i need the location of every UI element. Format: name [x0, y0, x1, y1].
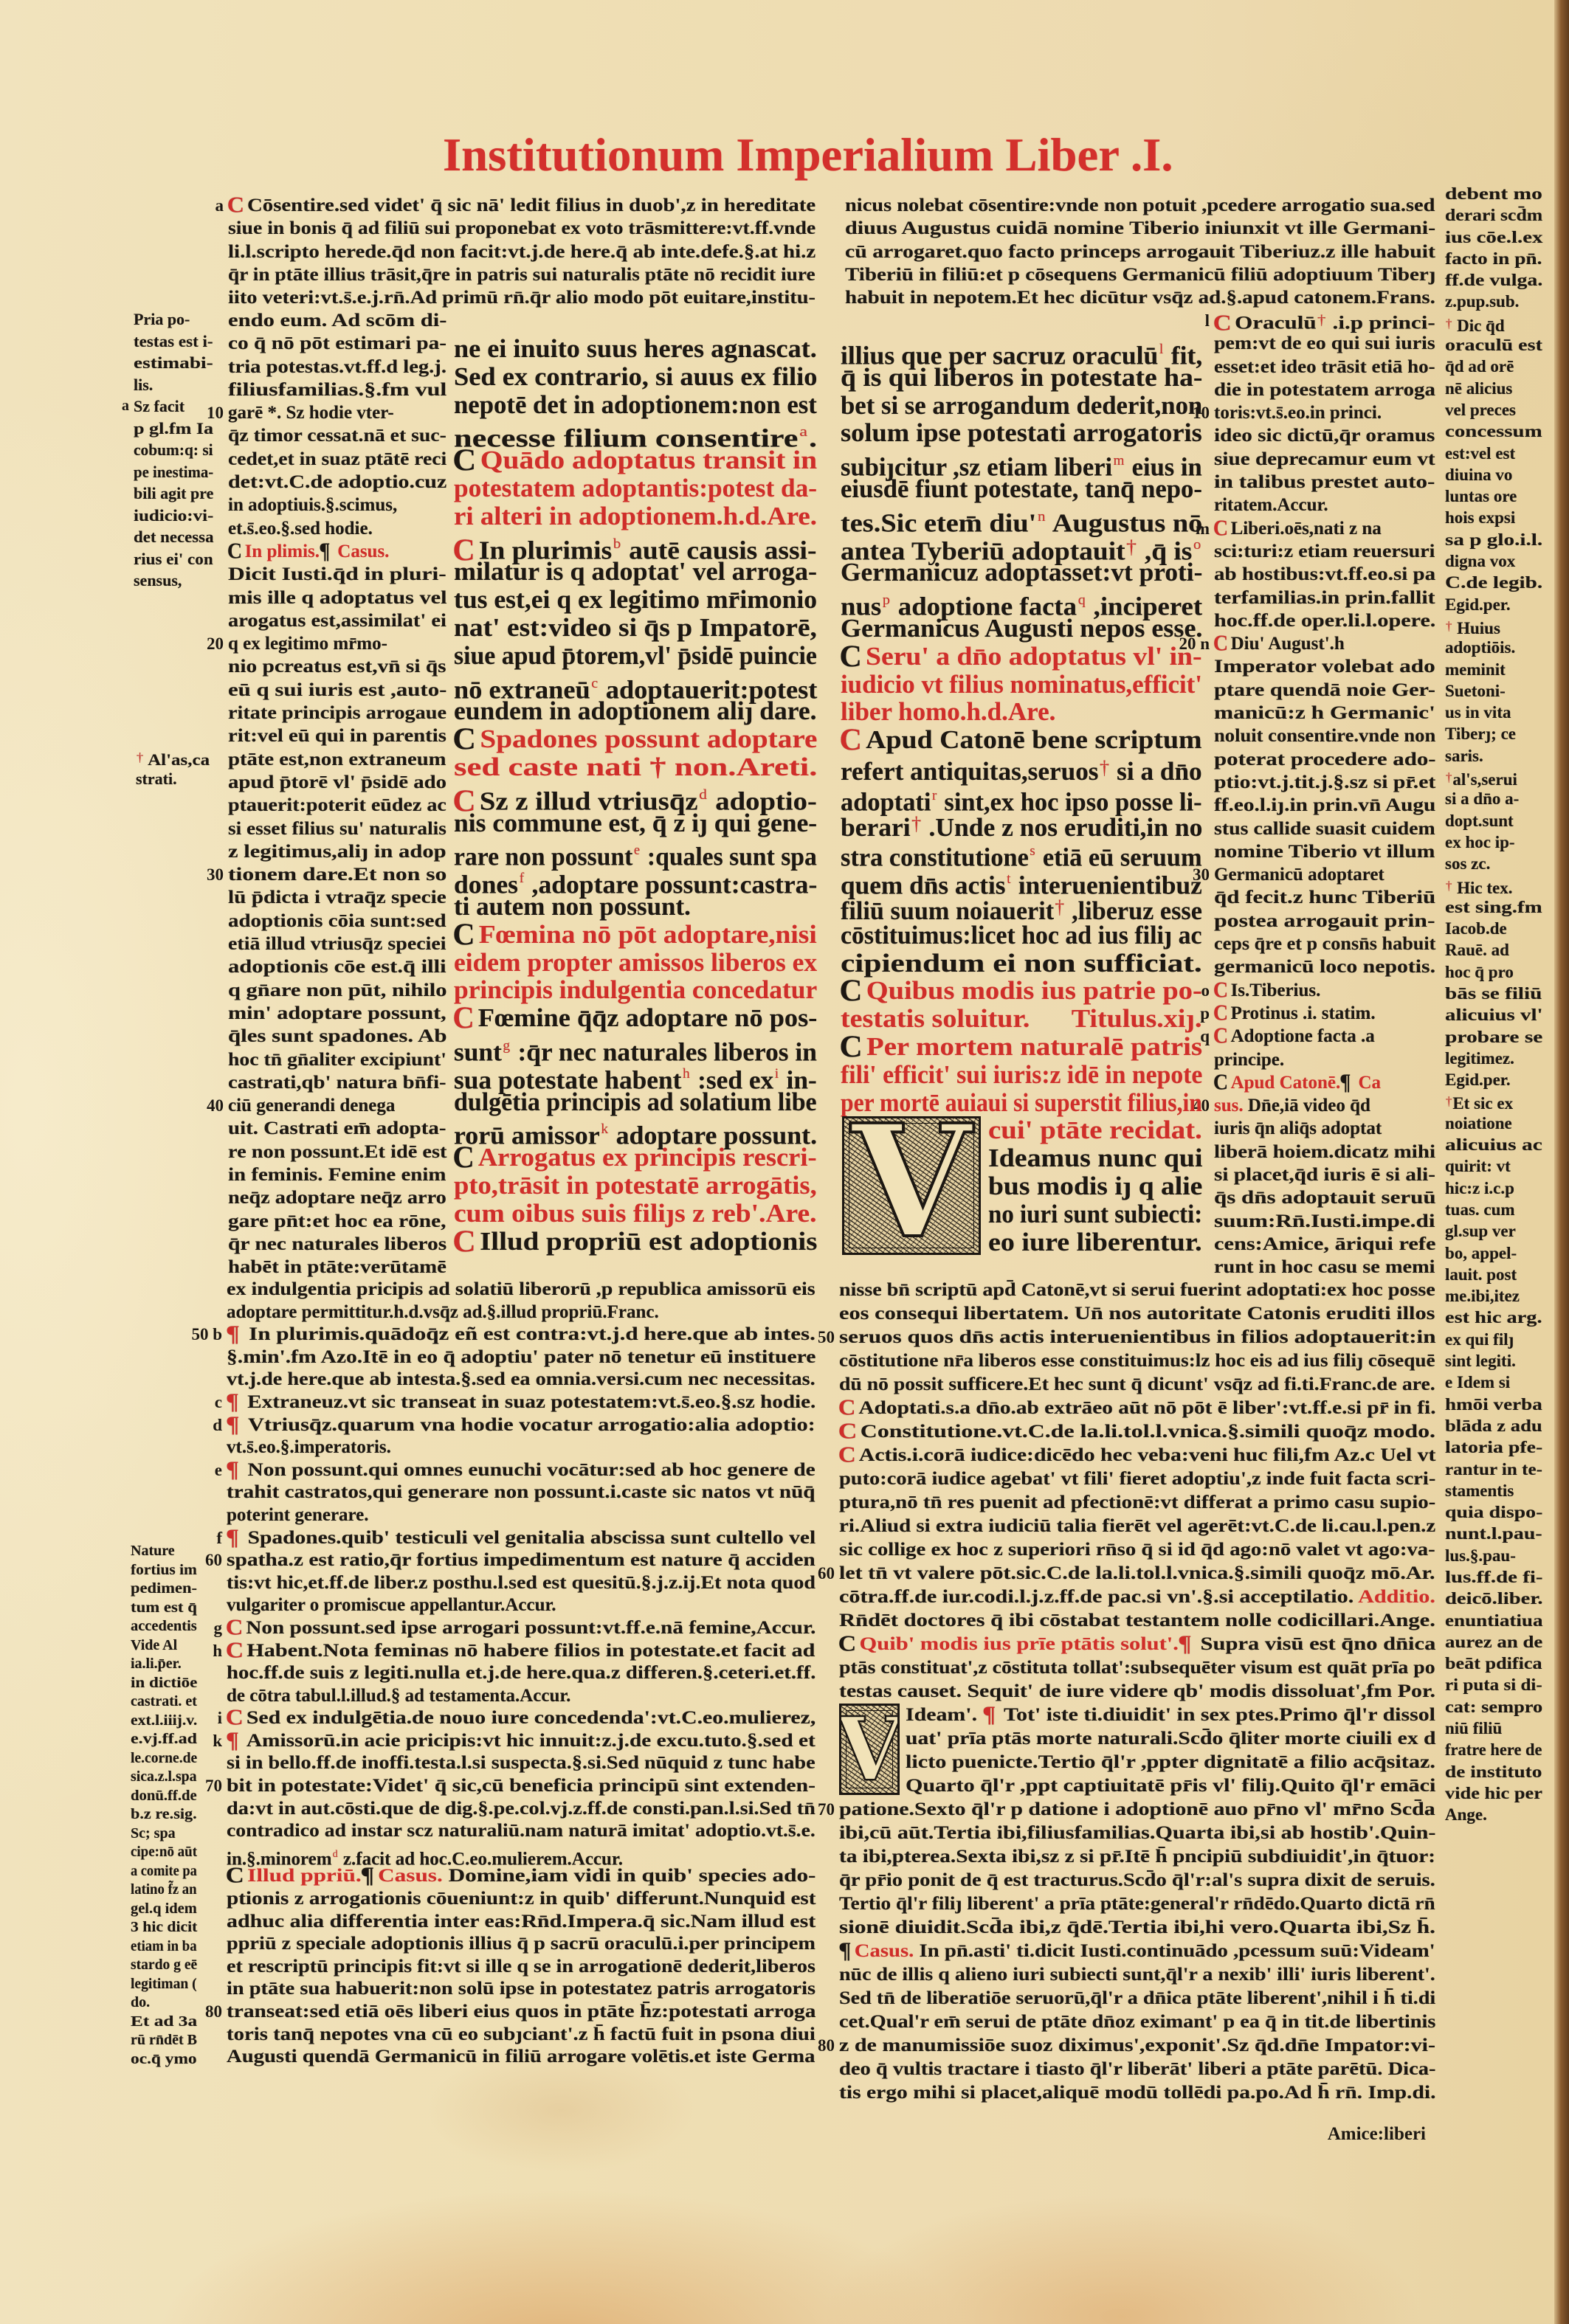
text-line: rorū amissork adoptare possunt. — [454, 1116, 817, 1144]
line-text: CQuib' modis ius prīe ptātis solut'.¶ Su… — [839, 1633, 1435, 1656]
text-run: Suetoni- — [1445, 682, 1506, 700]
line-text: CLiberi.oēs,nati z na — [1214, 517, 1382, 540]
rubric-text: sed caste nati † non.Areti. — [454, 753, 817, 781]
text-run: Non possunt.sed ipse arrogari possunt:vt… — [246, 1618, 815, 1638]
text-line: cet.Qual'r em̄ serui de ptāte dn̄oz exim… — [839, 2010, 1435, 2034]
text-line: neq̄z adoptare neq̄z arro — [228, 1186, 446, 1209]
line-text: ciū generandi denega — [228, 1094, 395, 1117]
rubric-text: potestatem adoptantis:potest da- — [454, 474, 817, 502]
line-text: z de manumissiōe suoz diximus',exponit'.… — [839, 2034, 1435, 2058]
text-line: Egid.per. — [1445, 1069, 1542, 1090]
line-text: CIs.Tiberius. — [1214, 979, 1320, 1002]
line-text: testas est i- — [134, 331, 213, 353]
text-run: noluit consentire.vnde non — [1214, 726, 1435, 746]
text-line: lauit. post — [1445, 1264, 1542, 1285]
line-text: alicuius ac — [1445, 1134, 1542, 1155]
line-text: accedentis — [131, 1617, 197, 1636]
text-line: rit:vel eū qui in parentis — [228, 724, 446, 747]
text-run: z.pup.sub. — [1445, 292, 1519, 311]
pilcrow-icon: ¶ — [319, 538, 330, 566]
text-run: §.min'.fm Azo.Itē in eo q̄ adoptiu' pate… — [227, 1347, 815, 1367]
text-run: Et ad 3a — [131, 2013, 197, 2030]
line-text: eos consequi libertatem. Un̄ nos autorit… — [839, 1302, 1435, 1326]
text-line: lus.ff.de fi- — [1445, 1566, 1542, 1588]
text-line: eundem in adoptionem aliȷ dare. — [454, 697, 817, 725]
text-line: CSpadones possunt adoptare — [454, 725, 817, 753]
text-line: fortius im — [131, 1561, 197, 1580]
line-text: principis indulgentia concedatur — [454, 976, 817, 1004]
text-line: licto puenicte.Tertio q̄l'r ,ppter digni… — [906, 1751, 1435, 1774]
text-line: Germanicuz adoptasset:vt proti- — [841, 558, 1202, 587]
text-line: tis:vt hic,et.ff.de liber.z posthu.l.sed… — [227, 1572, 815, 1595]
text-run: Actis.i.corā iudice:dicēdo hec veba:veni… — [859, 1445, 1436, 1465]
text-line: sic collige ex hoc z superiori rn̄so q̄ … — [839, 1538, 1435, 1562]
text-run: nat' est:video si q̄s p Impatorē, — [454, 613, 817, 642]
line-text: q gn̄are non pūt, nihilo — [228, 979, 446, 1002]
text-line: debent mo — [1445, 183, 1542, 204]
text-run: rius ei' con — [134, 550, 213, 568]
text-line: esset:et ideo trāsit etiā ho- — [1214, 356, 1435, 378]
text-line: berari† .Unde z nos eruditi,in no — [841, 810, 1202, 838]
text-line: cui' ptāte recidat. — [988, 1116, 1202, 1144]
text-run: Protinus .i. statim. — [1231, 1003, 1376, 1023]
text-line: Imperator volebat ado — [1214, 655, 1435, 678]
text-run: oc.q̄ ymo — [131, 2051, 197, 2067]
text-run: contradico ad instar scz naturaliū.nam n… — [227, 1821, 815, 1841]
text-run: manicū:z h Germanic' — [1214, 703, 1435, 723]
text-run: latoria pfe- — [1445, 1438, 1542, 1456]
text-run: tuas. cum — [1445, 1200, 1515, 1219]
text-line: dopt.sunt — [1445, 810, 1542, 831]
text-run: ibi,cū aūt.Tertia ibi,filiusfamilias.Qua… — [839, 1823, 1435, 1843]
text-line: e¶ Non possunt.qui omnes eunuchi vocātur… — [227, 1459, 815, 1482]
text-run: Is.Tiberius. — [1231, 981, 1321, 1000]
text-run: si esset filius su' naturalis — [228, 819, 446, 839]
line-text: toris tanq̄ nepotes vna cū eo subȷciant'… — [227, 2024, 815, 2047]
line-text: postea arrogauit prin- — [1214, 910, 1435, 933]
text-run: solum ipse potestati arrogatoris — [841, 418, 1202, 447]
capitulum-mark-icon: C — [839, 1030, 862, 1064]
text-line: hois expsi — [1445, 507, 1542, 528]
line-text: iudicio vt filius nominatus,efficit' — [841, 671, 1202, 699]
text-run: ab hostibus:vt.ff.eo.si pa — [1214, 564, 1435, 584]
marginal-note-left: † Al'as,castrati. — [136, 747, 210, 789]
line-text: cum oibus suis filiȷs z reb'.Are. — [454, 1200, 817, 1228]
text-line: ideo sic dictū,q̄r oramus — [1214, 424, 1435, 447]
text-line: alicuius vl' — [1445, 1004, 1542, 1026]
line-text: CSpadones possunt adoptare — [454, 725, 817, 753]
text-run: Sc; spa — [131, 1825, 176, 1841]
text-line: poterat procedere ado- — [1214, 748, 1435, 771]
line-text: probare se — [1445, 1026, 1542, 1048]
text-line: aSz facit — [134, 395, 213, 418]
rubric-text: liber homo.h.d.Are. — [841, 697, 1055, 726]
line-text: Egid.per. — [1445, 594, 1511, 615]
text-line: tum est q̄ — [131, 1599, 197, 1618]
text-run: etiā illud vtriusq̄z speciei — [228, 934, 446, 954]
line-text: tis ergo mihi si placet,aliquē modū toll… — [839, 2081, 1436, 2105]
text-line: Ideam'. ¶ Tot' iste ti.diuidit' in sex p… — [906, 1704, 1435, 1727]
line-text: runt in hoc casu se memi — [1214, 1256, 1435, 1279]
text-line: Dicit Iusti.q̄d in pluri- — [228, 563, 446, 586]
line-text: aurez an de — [1445, 1631, 1542, 1653]
line-text: derari scd̄m — [1445, 204, 1542, 226]
text-line: in adoptiuis.§.scimus, — [228, 494, 446, 516]
text-line: hmōi verba — [1445, 1394, 1542, 1415]
text-line: CQuādo adoptatus transit in — [454, 446, 817, 474]
text-run: In plurimis.quādoq̄z eñ est contra:vt.j.… — [243, 1324, 815, 1344]
text-line: adhuc alia differentia inter eas:Rn̄d.Im… — [227, 1911, 815, 1934]
line-text: nē alicius — [1445, 378, 1512, 399]
text-line: le.corne.de — [131, 1749, 197, 1768]
text-line: cedet,et in suaz ptātē reci — [228, 448, 446, 471]
text-run: bili agit pre — [134, 484, 213, 502]
text-line: cōstitutione nr̄a liberos esse constitui… — [839, 1349, 1435, 1373]
text-line: f¶ Spadones.quib' testiculi vel genitali… — [227, 1527, 815, 1550]
text-line: stra constitutiones etiā eū seruum — [841, 837, 1202, 865]
line-label: d — [213, 1414, 222, 1437]
text-line: milatur is q adoptat' vel arroga- — [454, 558, 817, 586]
line-label: a — [215, 194, 224, 217]
text-run: Germanicū adoptaret — [1214, 865, 1384, 885]
text-run: transeat:sed etiā oēs liberi eius quos i… — [227, 2002, 815, 2022]
line-text: cipe:nō aūt — [131, 1843, 197, 1862]
text-run: castrati. et — [131, 1693, 197, 1709]
rubric-text: pto,trāsit in potestatē arrogātis, — [454, 1171, 817, 1200]
text-line: per mortē auiaui si superstit filius,in — [841, 1089, 1202, 1117]
text-run: lauit. post — [1445, 1265, 1517, 1284]
line-text: †Et sic ex — [1445, 1090, 1513, 1114]
line-text: Germanicuz adoptasset:vt proti- — [841, 558, 1202, 587]
text-run: est:vel est — [1445, 444, 1515, 463]
page-edge-shadow — [1554, 0, 1569, 2324]
text-line: filiusfamilias.§.fm vul — [228, 378, 446, 401]
pilcrow-icon: ¶ — [226, 1728, 239, 1755]
text-run: de instituto — [1445, 1763, 1542, 1781]
text-line: nē alicius — [1445, 378, 1542, 399]
text-run: Hic tex. — [1452, 879, 1512, 897]
text-line: est sing.fm — [1445, 896, 1542, 918]
rubric-text: Quādo adoptatus transit in — [480, 446, 817, 474]
text-run: adoptionis cōe est.q̄ illi — [228, 957, 446, 977]
line-text: ptionis z arrogationis cōueniunt:z in qu… — [227, 1888, 815, 1911]
text-line: apud p̄torē vl' p̄sidē ado — [228, 771, 446, 794]
text-run: Habent.Nota feminas nō habere filios in … — [246, 1641, 815, 1661]
line-text: concessum — [1445, 421, 1542, 442]
text-line: no iuri sunt subiecti: — [988, 1200, 1202, 1228]
line-text: no iuri sunt subiecti: — [988, 1200, 1202, 1228]
text-run: ff.eo.l.iȷ.in prin.vn̄ Augu — [1214, 795, 1435, 815]
text-run: Constitutione.vt.C.de la.li.tol.l.vnica.… — [861, 1422, 1435, 1442]
line-label: h — [213, 1640, 222, 1663]
text-line: CApud Catonē.¶ Ca — [1214, 1071, 1435, 1094]
line-text: in adoptiuis.§.scimus, — [228, 494, 397, 516]
text-line: fili' efficit' sui iuris:z idē in nepote — [841, 1061, 1202, 1089]
text-run: Fœmine q̄q̄z adoptare nō pos- — [478, 1003, 818, 1032]
text-line: testas est i- — [134, 331, 213, 353]
text-run: Dic q̄d — [1452, 317, 1504, 335]
text-line: niū filiū — [1445, 1718, 1542, 1739]
line-text: refert antiquitas,seruos† si a dn̄o — [841, 754, 1202, 786]
text-run: testas est i- — [134, 332, 213, 350]
text-run: q̄s dn̄s adoptauit seruū — [1214, 1188, 1436, 1208]
line-text: rius ei' con — [134, 548, 213, 570]
text-run: Egid.per. — [1445, 595, 1511, 614]
text-run: ff.de vulga. — [1445, 271, 1542, 289]
text-run: hoc q̄ pro — [1445, 963, 1514, 981]
text-line: ex qui filȷ — [1445, 1329, 1542, 1350]
line-label: 80 — [818, 2034, 835, 2058]
text-run: Pria po- — [134, 310, 190, 328]
line-text: ptare quendā noie Ger- — [1214, 679, 1435, 702]
note-reference-letter: o — [1193, 537, 1201, 553]
line-text: ri.Aliud si extra iudiciū talia fierēt v… — [839, 1515, 1435, 1538]
line-text: puto:corā iudice agebat' vt fili' fieret… — [839, 1467, 1435, 1491]
line-text: det necessa — [134, 526, 214, 548]
line-text: do. — [131, 1993, 150, 2013]
text-line: 10toris:vt.s̄.eo.in princi. — [1214, 401, 1435, 424]
dagger-icon: † — [1446, 619, 1452, 633]
line-text: cipiendum ei non sufficiat. — [841, 950, 1202, 978]
text-line: sed caste nati † non.Areti. — [454, 753, 817, 781]
line-text: ritatem.Accur. — [1214, 494, 1328, 516]
text-line: sa p glo.i.l. — [1445, 529, 1542, 550]
text-run: niū filiū — [1445, 1719, 1502, 1737]
text-line: nunt.l.pau- — [1445, 1523, 1542, 1544]
line-text: hoc q̄ pro — [1445, 961, 1514, 983]
line-text: ptāte est,non extraneum — [228, 748, 446, 771]
text-run: ppriū z speciale adoptionis illius q̄ p … — [227, 1934, 815, 1954]
text-line: co q̄ nō pōt estimari pa- — [228, 332, 446, 355]
line-text: z legitimus,aliȷ in adop — [228, 840, 446, 863]
line-text: ptio:vt.j.tit.j.§.sz si pr̄.et — [1214, 771, 1435, 794]
text-line: li.l.scripto herede.q̄d non facit:vt.j.d… — [228, 241, 815, 263]
line-text: CSed ex indulgētia.de nouo iure conceden… — [227, 1707, 815, 1730]
line-text: gl.sup ver — [1445, 1220, 1516, 1242]
text-line: subiȷcitur ,sz etiam liberim eius in — [841, 447, 1202, 475]
text-line: CSeru' a dn̄o adoptatus vl' in- — [841, 643, 1202, 671]
text-line: 60spatha.z est ratio,q̄r fortius impedim… — [227, 1549, 815, 1572]
line-text: q̄d fecit.z hunc Tiberiū — [1214, 886, 1435, 909]
line-text: ptās constituat',z cōstituta tollat':sub… — [839, 1656, 1435, 1680]
text-run: cipiendum ei non sufficiat. — [841, 949, 1202, 978]
text-line: CQuibus modis ius patrie po- — [841, 977, 1202, 1005]
line-text: berari† .Unde z nos eruditi,in no — [841, 810, 1202, 842]
line-text: facto in pn̄. — [1445, 248, 1542, 269]
line-text: debent mo — [1445, 183, 1542, 204]
line-text: blāda z adu — [1445, 1415, 1542, 1436]
text-run: Sz facit — [134, 397, 185, 415]
line-text: rit:vel eū qui in parentis — [228, 724, 446, 747]
capitulum-mark-icon: C — [227, 538, 242, 566]
text-run: Huius — [1452, 619, 1500, 637]
text-run: liberā hoiem.dicatz mihi — [1214, 1142, 1435, 1162]
line-text: adoptionis cōia sunt:sed — [228, 910, 446, 933]
text-run: bus modis iȷ q alie — [988, 1172, 1202, 1200]
text-line: solum ipse potestati arrogatoris — [841, 419, 1202, 447]
rubric-text: cui' ptāte recidat. — [988, 1116, 1202, 1144]
line-text: Sc; spa — [131, 1825, 176, 1844]
text-run: si a dn̄o a- — [1445, 789, 1519, 808]
text-run: nio pcreatus est,vn̄ si q̄s — [228, 657, 446, 677]
line-text: rū rn̄dēt B — [131, 2031, 197, 2050]
text-run: beāt pdifica — [1445, 1654, 1542, 1673]
line-label: i — [218, 1707, 222, 1730]
line-text: est hic arg. — [1445, 1307, 1542, 1328]
text-run: digna vox — [1445, 552, 1515, 570]
note-reference-letter: s — [1030, 843, 1035, 859]
text-run: 3 hic dicit — [131, 1919, 197, 1935]
note-reference-letter: p — [883, 592, 890, 608]
line-text: licto puenicte.Tertio q̄l'r ,ppter digni… — [906, 1751, 1435, 1774]
text-line: Sed tn̄ de liberatiōe seruorū,q̄l'r a dn… — [839, 1987, 1435, 2010]
line-text: us in vita — [1445, 702, 1511, 723]
text-line: aCCōsentire.sed videt' q̄ sic nā' ledit … — [228, 194, 815, 217]
rubric-text: Seru' a dn̄o adoptatus vl' in- — [866, 642, 1202, 671]
text-line: alicuius ac — [1445, 1134, 1542, 1155]
text-line: ri puta si di- — [1445, 1674, 1542, 1695]
line-text: ex qui filȷ — [1445, 1329, 1514, 1350]
line-text: ptura,nō tn̄ res puenit ad pfectionē:vt … — [839, 1491, 1435, 1515]
line-text: de instituto — [1445, 1761, 1542, 1782]
line-text: garē *. Sz hodie vter- — [228, 401, 394, 424]
text-line: nepotē det in adoptionem:non est — [454, 391, 817, 419]
text-run: Germanicus Augusti nepos esse. — [841, 614, 1202, 643]
rubric-text: testatis soluitur. Titulus.xiȷ. — [841, 1004, 1202, 1033]
text-line: ti autem non possunt. — [454, 893, 817, 921]
text-run: pem:vt de eo qui sui iuris — [1214, 333, 1435, 353]
text-line: tus est,ei q ex legitimo mr̄imonio — [454, 586, 817, 614]
text-line: habuit in nepotem.Et hec dicūtur vsq̄z a… — [845, 286, 1435, 309]
text-line: castrati,qb' natura bn̄fi- — [228, 1071, 446, 1094]
line-text: a comite pa — [131, 1862, 197, 1881]
text-run: toris:vt.s̄.eo.in princi. — [1214, 403, 1382, 423]
text-line: quia dispo- — [1445, 1501, 1542, 1523]
text-run: terfamilias.in prin.fallit — [1214, 588, 1435, 608]
text-run: iudicio:vi- — [134, 506, 213, 525]
line-text: bus modis iȷ q alie — [988, 1172, 1202, 1200]
text-run: donū.ff.de — [131, 1788, 197, 1804]
text-line: liberā hoiem.dicatz mihi — [1214, 1141, 1435, 1163]
capitulum-mark-icon: C — [226, 1863, 244, 1890]
text-run: ptās constituat',z cōstituta tollat':sub… — [839, 1658, 1435, 1678]
gloss-left-column: endo eum. Ad scōm di-co q̄ nō pōt estima… — [228, 309, 446, 1279]
text-line: ppriū z speciale adoptionis illius q̄ p … — [227, 1933, 815, 1956]
text-run: Rn̄dēt doctores q̄ ibi cōstabat testante… — [839, 1611, 1435, 1630]
line-text: †al's,serui — [1445, 767, 1517, 790]
text-line: quirit: vt — [1445, 1155, 1542, 1177]
text-run: sint legiti. — [1445, 1352, 1516, 1370]
line-text: cōstituimus:licet hoc ad ius filiȷ ac — [841, 921, 1202, 950]
line-text: CNon possunt.sed ipse arrogari possunt:v… — [227, 1617, 815, 1640]
catchword: Amice:liberi — [1255, 2122, 1426, 2147]
line-text: stardo g eē — [131, 1956, 197, 1975]
text-line: sica.z.l.spa — [131, 1768, 197, 1787]
line-text: §.min'.fm Azo.Itē in eo q̄ adoptiu' pate… — [227, 1346, 815, 1369]
rubric-text: Casus. — [333, 542, 389, 561]
text-run: garē *. Sz hodie vter- — [228, 403, 394, 423]
text-line: ff.eo.l.iȷ.in prin.vn̄ Augu — [1214, 794, 1435, 817]
line-text: apud p̄torē vl' p̄sidē ado — [228, 771, 446, 794]
line-text: lus.ff.de fi- — [1445, 1566, 1543, 1588]
line-text: vt.j.de here.que ab intesta.§.sed ea omn… — [227, 1369, 815, 1391]
text-line: lCOraculū† .i.p princi- — [1214, 309, 1435, 332]
line-text: CQuādo adoptatus transit in — [454, 446, 817, 474]
line-text: dū nō possit sufficere.Et hec sunt q̄ di… — [839, 1373, 1435, 1397]
text-line: 80z de manumissiōe suoz diximus',exponit… — [839, 2034, 1435, 2058]
text-line: in feminis. Femine enim — [228, 1163, 446, 1186]
line-text: 3 hic dicit — [131, 1918, 197, 1937]
capitulum-mark-icon: C — [452, 1224, 476, 1258]
line-text: hois expsi — [1445, 507, 1515, 528]
line-text: habēt in ptāte:verūtamē — [228, 1256, 446, 1279]
text-line: ri alteri in adoptionem.h.d.Are. — [454, 502, 817, 530]
text-line: Et ad 3a — [131, 2013, 197, 2032]
text-run: ptauerit:poterit eūdez ac — [228, 795, 446, 815]
line-text: Et ad 3a — [131, 2013, 197, 2032]
text-run: Dicit Iusti.q̄d in pluri- — [228, 564, 446, 584]
text-line: vt.s̄.eo.§.imperatoris. — [227, 1436, 815, 1459]
line-text: eū q sui iuris est ,auto- — [228, 679, 446, 702]
text-line: antea Tyberiū adoptauit† ,q̄ iso — [841, 531, 1202, 559]
line-text: noluit consentire.vnde non — [1214, 724, 1435, 747]
note-reference-letter: d — [699, 787, 707, 803]
text-line: ius cōe.l.ex — [1445, 226, 1542, 248]
text-line: bus modis iȷ q alie — [988, 1172, 1202, 1200]
line-text: etiā illud vtriusq̄z speciei — [228, 933, 446, 955]
note-reference-letter: i — [775, 1066, 779, 1082]
text-run: stamentis — [1445, 1481, 1514, 1500]
text-line: gare pn̄t:et hoc ea rōne, — [228, 1210, 446, 1233]
text-run: sensus, — [134, 571, 182, 589]
line-text: ff.eo.l.iȷ.in prin.vn̄ Augu — [1214, 794, 1435, 817]
text-run: in ptāte sua habuerit:non solū ipse in p… — [227, 1979, 815, 1999]
text-line: Augusti quendā Germanicū in filiū arroga… — [227, 2046, 815, 2069]
dagger-icon: † — [1446, 879, 1452, 893]
line-text: sica.z.l.spa — [131, 1768, 197, 1787]
text-line: CConstitutione.vt.C.de la.li.tol.l.vnica… — [839, 1420, 1435, 1444]
line-text: poterat procedere ado- — [1214, 748, 1436, 771]
text-run: nepotē det in adoptionem:non est — [454, 390, 817, 419]
text-run: ia.li.p̄er. — [131, 1656, 182, 1672]
line-text: habuit in nepotem.Et hec dicūtur vsq̄z a… — [845, 286, 1435, 309]
text-line: Germanicus Augusti nepos esse. — [841, 615, 1202, 643]
text-run: ideo sic dictū,q̄r oramus — [1214, 426, 1435, 446]
note-reference-letter: a — [799, 424, 807, 440]
text-run: hmōi verba — [1445, 1395, 1542, 1414]
rubric-text: Fœmina nō pōt adoptare,nisi — [479, 920, 817, 949]
text-run: Nature — [131, 1543, 175, 1559]
line-text: in talibus prestet auto- — [1214, 471, 1435, 494]
text-run: trahit castratos,qui generare non possun… — [227, 1482, 815, 1502]
text-run: debent mo — [1445, 184, 1542, 203]
text-run: meminit — [1445, 660, 1506, 679]
line-text: CIllud ppriū.¶Casus. Domine,iam vidi in … — [227, 1865, 815, 1888]
line-text: si esset filius su' naturalis — [228, 817, 446, 840]
text-line: sensus, — [134, 570, 213, 592]
line-text: legitimez. — [1445, 1048, 1514, 1069]
note-reference-letter: m — [1114, 453, 1125, 468]
text-line: vel preces — [1445, 399, 1542, 421]
text-line: enuntiatiua — [1445, 1610, 1542, 1631]
line-text: tus est,ei q ex legitimo mr̄imonio — [454, 586, 817, 614]
text-line: siue deprecamur eum vt — [1214, 448, 1435, 471]
text-line: stardo g eē — [131, 1956, 197, 1975]
marginal-notes-left-bottom: Naturefortius impedimen-tum est q̄accede… — [131, 1542, 197, 2069]
text-run: diuina vo — [1445, 466, 1512, 484]
text-run: deicō.liber. — [1445, 1589, 1543, 1608]
line-text: ppriū z speciale adoptionis illius q̄ p … — [227, 1933, 815, 1956]
